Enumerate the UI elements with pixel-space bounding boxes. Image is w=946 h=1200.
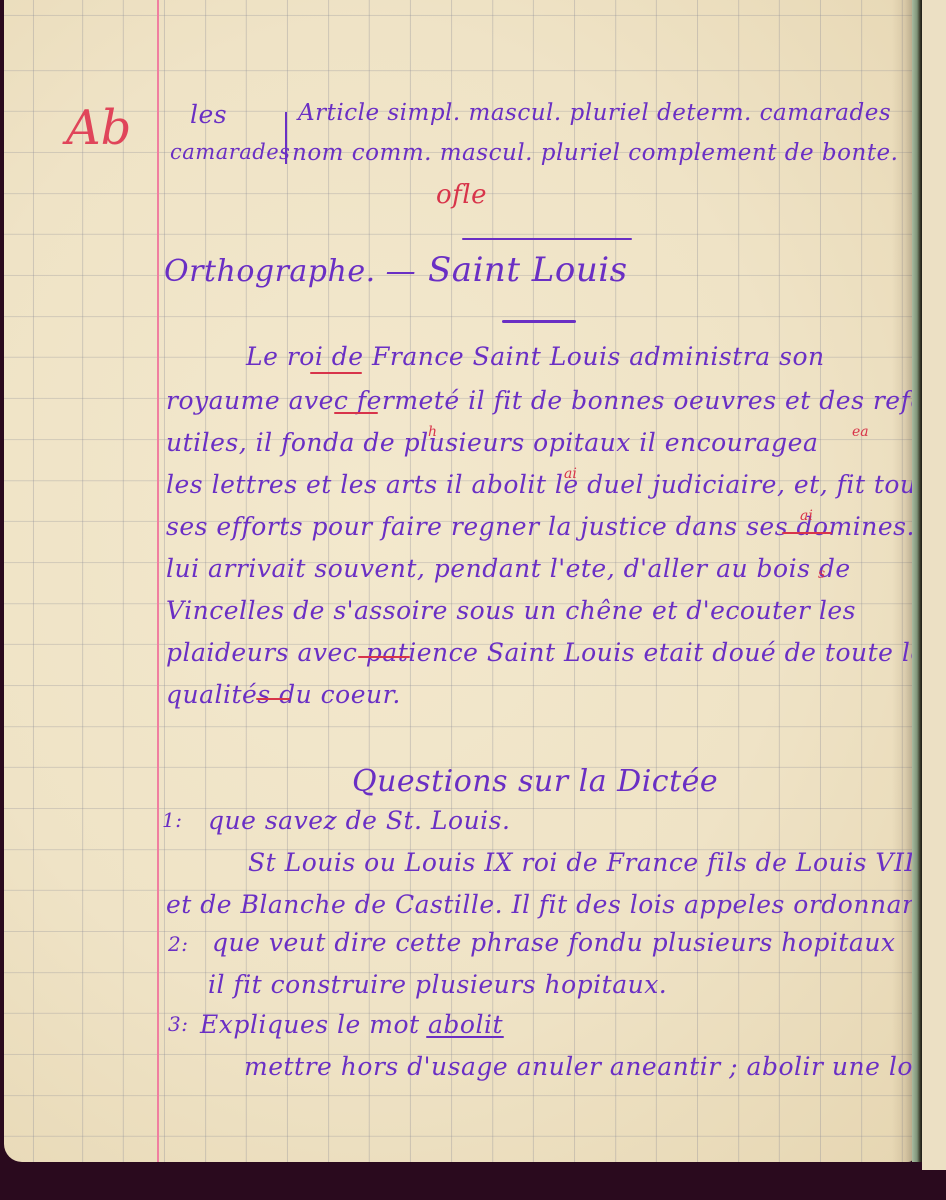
- answer-line: mettre hors d'usage anuler aneantir ; ab…: [244, 1052, 914, 1081]
- next-page-edge: [922, 0, 946, 1170]
- dictation-title: Saint Louis: [428, 250, 628, 290]
- question-number: 1:: [162, 808, 182, 832]
- dictation-line: lui arrivait souvent, pendant l'ete, d'a…: [166, 554, 851, 583]
- notebook-page: Ab les Article simpl. mascul. pluriel de…: [4, 0, 914, 1162]
- dictation-line: Vincelles de s'assoire sous un chêne et …: [166, 596, 856, 625]
- answer-line: St Louis ou Louis IX roi de France fils …: [248, 848, 914, 877]
- dictation-line: utiles, il fonda de plusieurs opitaux il…: [166, 428, 818, 457]
- question-text: que savez de St. Louis.: [208, 806, 510, 835]
- error-underline: [310, 372, 362, 374]
- section-label: Orthographe. —: [164, 254, 416, 289]
- title-underline: [502, 320, 576, 323]
- error-underline: [358, 656, 410, 658]
- dictation-line: qualités du coeur.: [166, 680, 401, 709]
- questions-heading: Questions sur la Dictée: [352, 764, 718, 799]
- answer-line: et de Blanche de Castille. Il fit des lo…: [166, 890, 914, 919]
- error-underline: [782, 532, 832, 534]
- torn-page-edge: [892, 0, 914, 1162]
- dictation-line: plaideurs avec patience Saint Louis etai…: [166, 638, 914, 667]
- error-underline: [256, 698, 290, 700]
- question-number: 3:: [168, 1012, 188, 1036]
- dictation-line: Le roi de France Saint Louis administra …: [246, 342, 825, 371]
- correction-mark: h: [428, 424, 437, 440]
- analysis-word: les: [190, 100, 227, 129]
- correction-mark: ai: [564, 466, 577, 482]
- analysis-description: nom comm. mascul. pluriel complement de …: [292, 140, 898, 166]
- teacher-note: ofle: [436, 180, 487, 210]
- correction-mark: s: [818, 566, 825, 582]
- correction-mark: ea: [852, 424, 869, 440]
- question-number: 2:: [168, 932, 188, 956]
- dictation-line: royaume avec fermeté il fit de bonnes oe…: [166, 386, 914, 415]
- question-text: que veut dire cette phrase fondu plusieu…: [212, 928, 896, 957]
- error-underline: [334, 412, 378, 414]
- analysis-word: camarades: [170, 140, 290, 164]
- correction-mark: ai: [800, 508, 813, 524]
- answer-line: il fit construire plusieurs hopitaux.: [208, 970, 667, 999]
- margin-line: [157, 0, 159, 1162]
- word-underline: [426, 1036, 504, 1038]
- question-text: Expliques le mot abolit: [200, 1010, 503, 1039]
- analysis-description: Article simpl. mascul. pluriel determ. c…: [298, 100, 891, 126]
- title-overline: [462, 238, 632, 240]
- notebook-spine: [912, 0, 922, 1162]
- dictation-line: les lettres et les arts il abolit le due…: [166, 470, 914, 499]
- margin-grade: Ab: [66, 100, 131, 156]
